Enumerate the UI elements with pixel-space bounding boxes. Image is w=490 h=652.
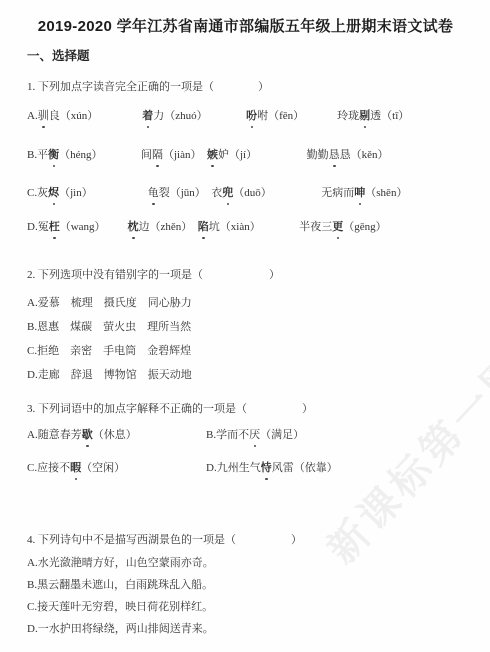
text-segment bbox=[261, 221, 300, 233]
page-content: 2019-2020 学年江苏省南通市部编版五年级上册期末语文试卷 一、选择题 1… bbox=[0, 0, 490, 637]
question-2-option-c: C.拒绝 亲密 手电筒 金碧辉煌 bbox=[27, 344, 464, 359]
text-segment: （héng） bbox=[59, 149, 102, 161]
emphasized-char: 隔 bbox=[152, 148, 163, 163]
text-segment: D.冤 bbox=[27, 221, 49, 233]
question-3: 3. 下列词语中的加点字解释不正确的一项是（ ） A.随意春芳歇（休息） B.学… bbox=[27, 402, 464, 476]
text-segment bbox=[257, 149, 307, 161]
question-3-option-d: D.九州生气恃风雷（依靠） bbox=[206, 461, 338, 476]
question-2-option-a: A.爱慕 梳理 摄氏度 同心胁力 bbox=[27, 296, 464, 311]
text-segment: （gēng） bbox=[343, 221, 386, 233]
text-segment bbox=[304, 110, 337, 122]
emphasized-char: 陷 bbox=[198, 220, 209, 235]
text-segment: 玲珑 bbox=[337, 110, 359, 122]
text-segment: B.学而不 bbox=[206, 429, 249, 441]
emphasized-char: 更 bbox=[332, 220, 343, 235]
text-segment: C.应接不 bbox=[27, 462, 70, 474]
question-4-option-b: B.黑云翻墨未遮山，白雨跳珠乱入船。 bbox=[27, 578, 464, 593]
question-1-option-d: D.冤枉（wang） 枕边（zhěn） 陷坑（xiàn） 半夜三更（gēng） bbox=[27, 220, 464, 235]
emphasized-char: 驯 bbox=[38, 109, 49, 124]
question-3-option-a: A.随意春芳歇（休息） bbox=[27, 428, 206, 443]
text-segment bbox=[93, 187, 148, 199]
emphasized-char: 嫉 bbox=[207, 148, 218, 163]
page-title: 2019-2020 学年江苏省南通市部编版五年级上册期末语文试卷 bbox=[27, 18, 464, 36]
text-segment bbox=[102, 149, 141, 161]
question-3-row-1: A.随意春芳歇（休息） B.学而不厌（满足） bbox=[27, 428, 464, 443]
text-segment: （休息） bbox=[93, 429, 137, 441]
question-3-option-b: B.学而不厌（满足） bbox=[206, 428, 304, 443]
text-segment: （jiàn） bbox=[163, 149, 202, 161]
emphasized-char: 枕 bbox=[128, 220, 139, 235]
text-segment: 间 bbox=[141, 149, 152, 161]
text-segment: 无病而 bbox=[321, 187, 354, 199]
text-segment: （shēn） bbox=[365, 187, 407, 199]
text-segment: 力（zhuó） bbox=[153, 110, 207, 122]
question-4-stem: 4. 下列诗句中不是描写西湖景色的一项是（ ） bbox=[27, 533, 464, 548]
emphasized-char: 兜 bbox=[222, 186, 233, 201]
question-3-option-c: C.应接不暇（空闲） bbox=[27, 461, 206, 476]
text-segment: 透（tī） bbox=[370, 110, 409, 122]
text-segment bbox=[208, 110, 247, 122]
text-segment: 妒（jí） bbox=[218, 149, 257, 161]
emphasized-char: 恳 bbox=[329, 148, 340, 163]
text-segment: D.九州生气 bbox=[206, 462, 261, 474]
text-segment bbox=[106, 221, 128, 233]
question-1-option-c: C.灰烬（jìn） 龟裂（jūn） 衣兜（duō） 无病而呻（shēn） bbox=[27, 186, 464, 201]
text-segment: 半夜三 bbox=[299, 221, 332, 233]
question-4-option-c: C.接天莲叶无穷碧，映日荷花别样红。 bbox=[27, 600, 464, 615]
question-4: 4. 下列诗句中不是描写西湖景色的一项是（ ） A.水光潋滟晴方好，山色空蒙雨亦… bbox=[27, 533, 464, 637]
text-segment: A. bbox=[27, 110, 38, 122]
emphasized-char: 剔 bbox=[359, 109, 370, 124]
text-segment: 恳（kěn） bbox=[340, 149, 389, 161]
emphasized-char: 吩 bbox=[246, 109, 257, 124]
question-2: 2. 下列选项中没有错别字的一项是（ ） A.爱慕 梳理 摄氏度 同心胁力 B.… bbox=[27, 268, 464, 383]
text-segment: 风雷（依靠） bbox=[272, 462, 338, 474]
text-segment bbox=[272, 187, 322, 199]
emphasized-char: 呻 bbox=[354, 186, 365, 201]
emphasized-char: 暇 bbox=[70, 461, 81, 476]
text-segment: 裂（jūn） bbox=[159, 187, 206, 199]
text-segment: （满足） bbox=[260, 429, 304, 441]
text-segment: 坑（xiàn） bbox=[209, 221, 261, 233]
text-segment: B.平 bbox=[27, 149, 48, 161]
section-heading: 一、选择题 bbox=[27, 49, 464, 64]
question-1-stem: 1. 下列加点字读音完全正确的一项是（ ） bbox=[27, 80, 464, 95]
text-segment: （空闲） bbox=[81, 462, 125, 474]
text-segment: （wang） bbox=[60, 221, 106, 233]
question-4-option-a: A.水光潋滟晴方好，山色空蒙雨亦奇。 bbox=[27, 556, 464, 571]
text-segment: C.灰 bbox=[27, 187, 48, 199]
text-segment: 衣 bbox=[211, 187, 222, 199]
text-segment bbox=[98, 110, 142, 122]
question-2-stem: 2. 下列选项中没有错别字的一项是（ ） bbox=[27, 268, 464, 283]
emphasized-char: 歇 bbox=[82, 428, 93, 443]
question-1-option-b: B.平衡（héng） 间隔（jiàn） 嫉妒（jí） 勤勤恳恳（kěn） bbox=[27, 148, 464, 163]
question-3-stem: 3. 下列词语中的加点字解释不正确的一项是（ ） bbox=[27, 402, 464, 417]
text-segment: 良（xún） bbox=[49, 110, 99, 122]
question-2-option-b: B.恩惠 煤碳 萤火虫 理所当然 bbox=[27, 320, 464, 335]
text-segment: （jìn） bbox=[59, 187, 93, 199]
text-segment: 咐（fēn） bbox=[257, 110, 304, 122]
emphasized-char: 烬 bbox=[48, 186, 59, 201]
text-segment: （duō） bbox=[233, 187, 272, 199]
emphasized-char: 恃 bbox=[261, 461, 272, 476]
emphasized-char: 龟 bbox=[148, 186, 159, 201]
exam-paper-page: 新课标第一网 2019-2020 学年江苏省南通市部编版五年级上册期末语文试卷 … bbox=[0, 0, 490, 652]
text-segment: 勤勤 bbox=[307, 149, 329, 161]
question-3-row-2: C.应接不暇（空闲） D.九州生气恃风雷（依靠） bbox=[27, 461, 464, 476]
question-1-option-a: A.驯良（xún） 着力（zhuó） 吩咐（fēn） 玲珑剔透（tī） bbox=[27, 109, 464, 124]
question-4-option-d: D.一水护田将绿绕，两山排闼送青来。 bbox=[27, 622, 464, 637]
emphasized-char: 着 bbox=[142, 109, 153, 124]
emphasized-char: 厌 bbox=[249, 428, 260, 443]
question-2-option-d: D.走廊 辞退 博物馆 振天动地 bbox=[27, 368, 464, 383]
emphasized-char: 衡 bbox=[48, 148, 59, 163]
question-1: 1. 下列加点字读音完全正确的一项是（ ） A.驯良（xún） 着力（zhuó）… bbox=[27, 80, 464, 235]
text-segment: 边（zhěn） bbox=[139, 221, 193, 233]
text-segment: A.随意春芳 bbox=[27, 429, 82, 441]
emphasized-char: 枉 bbox=[49, 220, 60, 235]
